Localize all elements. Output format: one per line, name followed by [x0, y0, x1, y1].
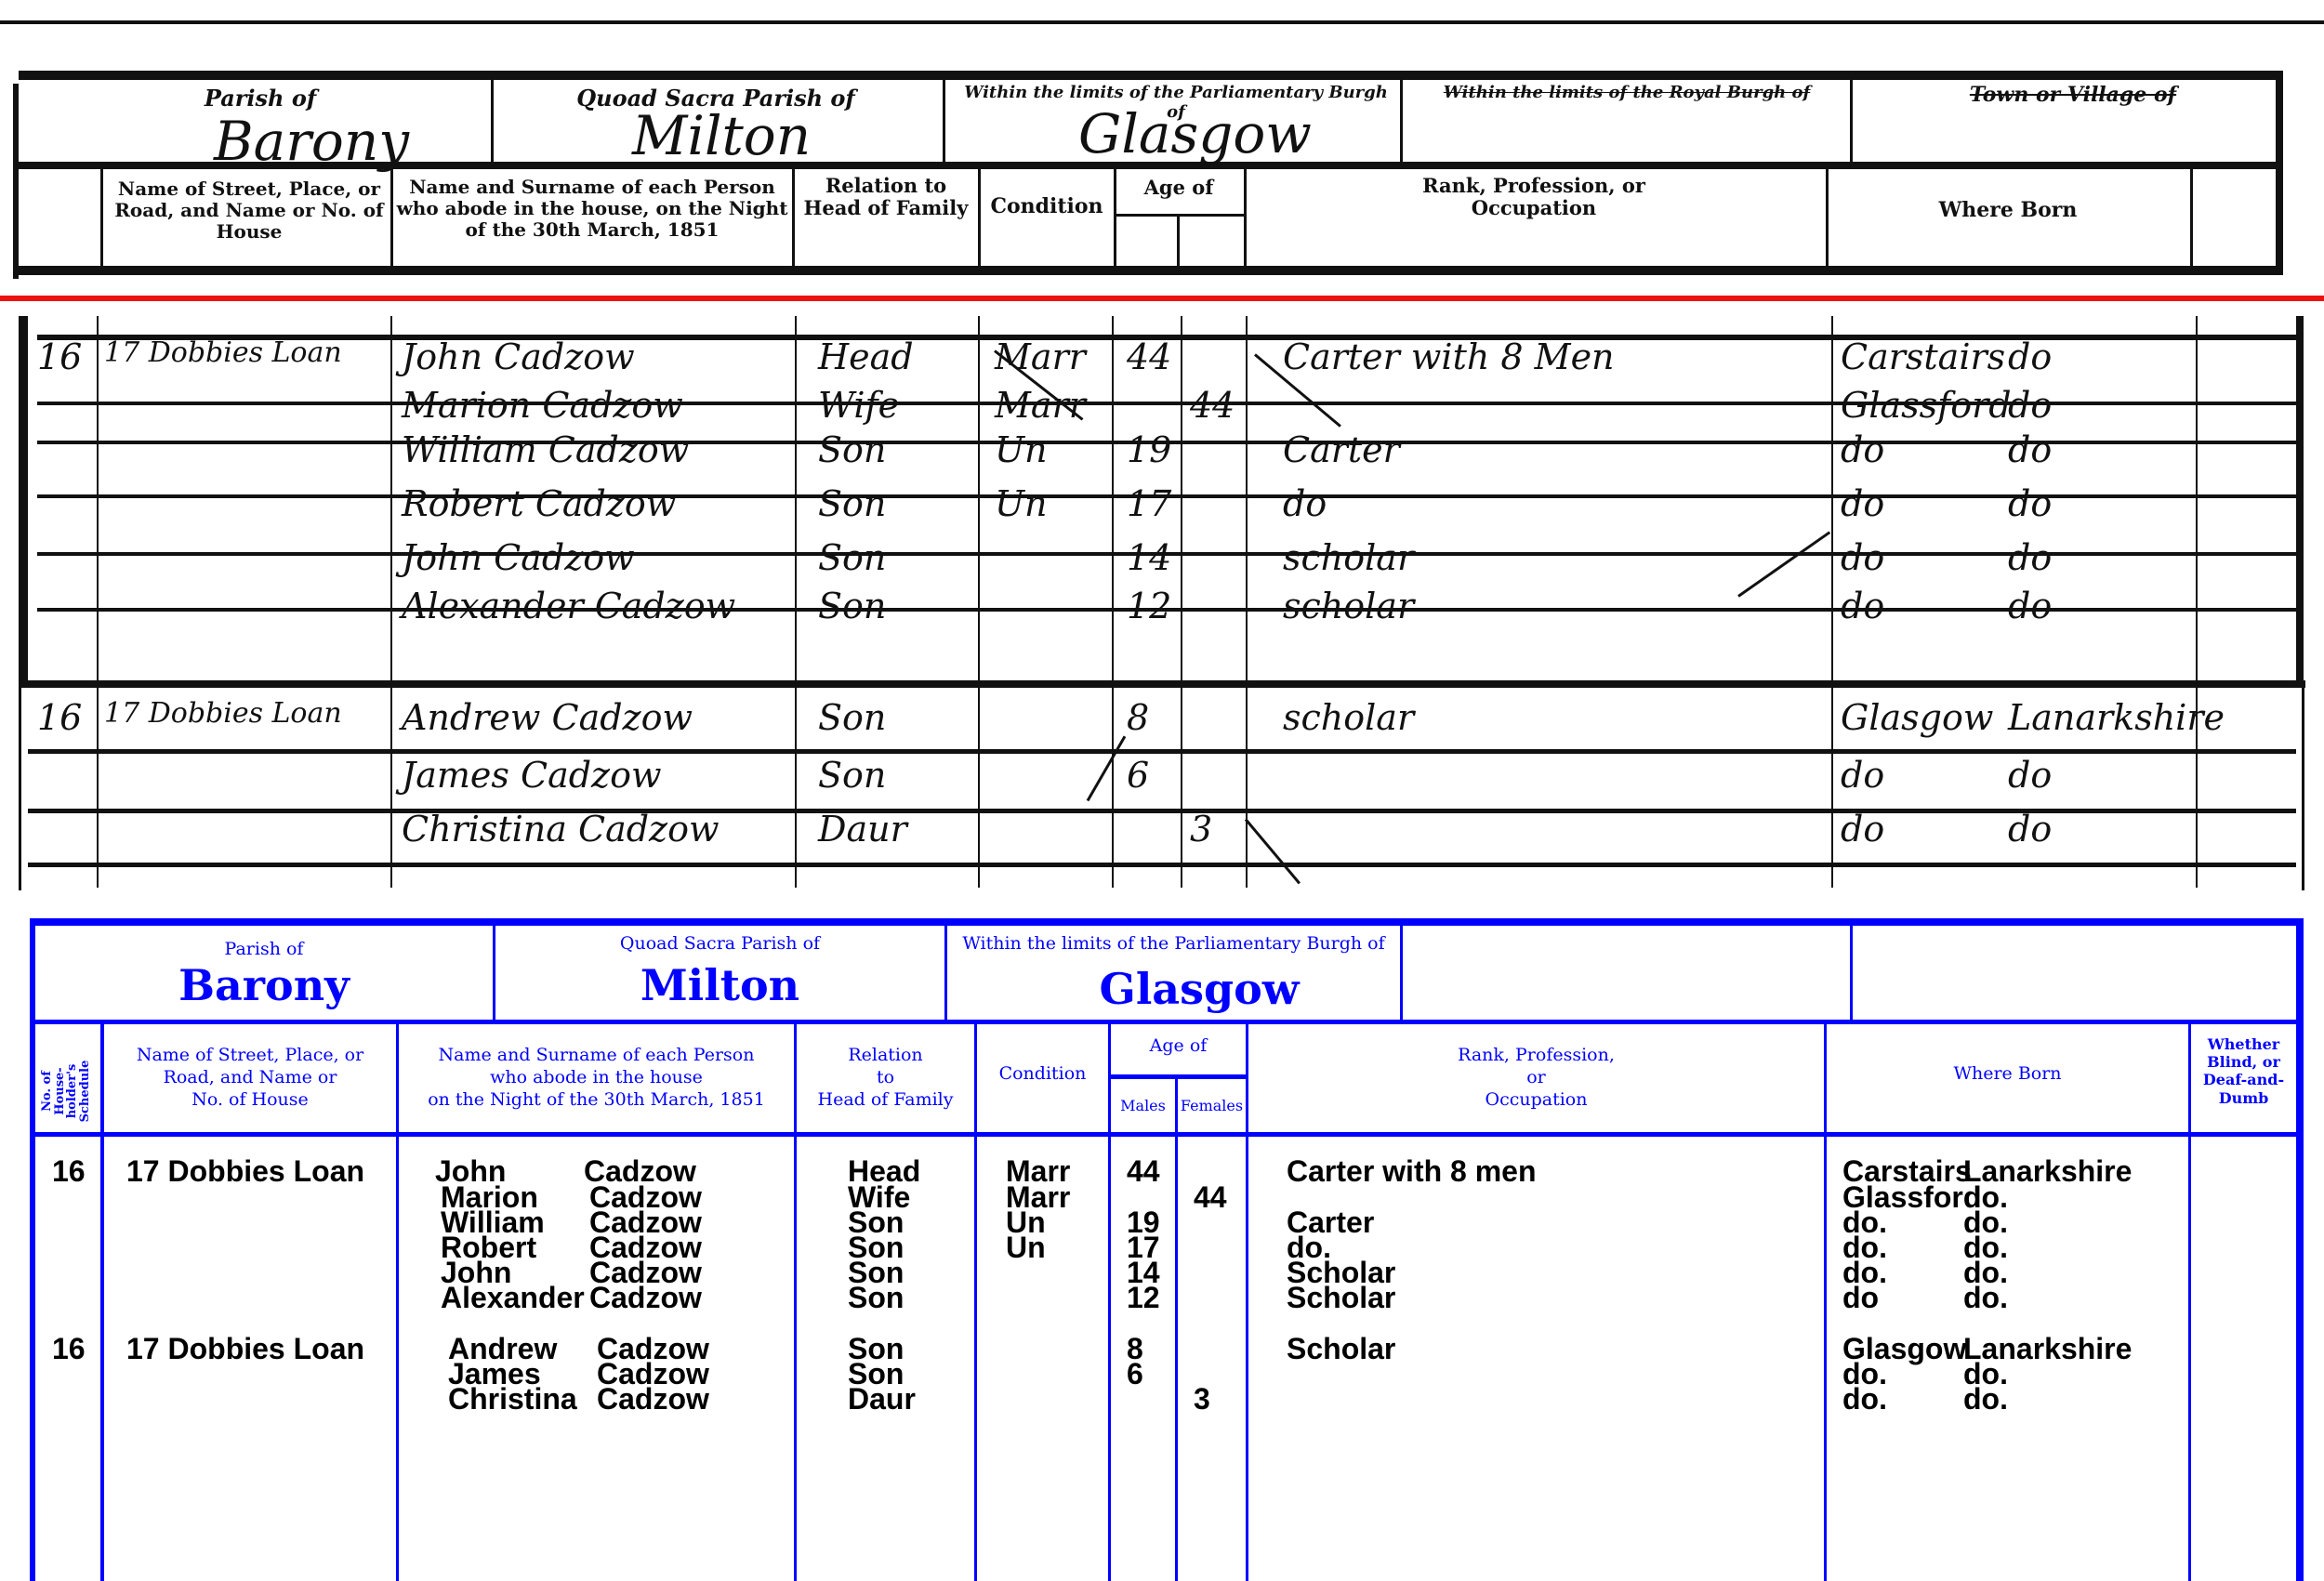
- scan-col-relation: Relation to Head of Family: [796, 175, 976, 219]
- scan-relation: Wife: [818, 385, 899, 426]
- scan-birth-place: do: [1841, 537, 1884, 578]
- tally-mark: [1737, 531, 1830, 597]
- col-males-header: Males: [1111, 1097, 1175, 1115]
- scan-name: John Cadzow: [402, 537, 635, 578]
- scan-male-age: 19: [1127, 429, 1171, 470]
- col-name-header: Name and Surname of each Person who abod…: [399, 1045, 794, 1111]
- scan-birth-place: do: [1841, 429, 1884, 470]
- scan-birth-place: Glasgow: [1841, 697, 1993, 738]
- address: 17 Dobbies Loan: [126, 1332, 364, 1366]
- scan-royal-burgh-label: Within the limits of the Royal Burgh of: [1408, 84, 1845, 103]
- scan-birth-place: do: [1841, 586, 1884, 626]
- scan-male-age: 8: [1127, 697, 1149, 738]
- transcription-table: Parish of Barony Quoad Sacra Parish of M…: [30, 918, 2304, 1581]
- scan-birth-place: Carstairs: [1841, 336, 2005, 377]
- condition: Un: [1006, 1231, 1046, 1265]
- scan-birth-county: do: [2008, 385, 2052, 426]
- scan-male-age: 14: [1127, 537, 1171, 578]
- male-age: 44: [1127, 1154, 1160, 1189]
- first-name: Christina: [448, 1382, 577, 1416]
- scan-relation: Son: [818, 429, 886, 470]
- occupation: Scholar: [1287, 1281, 1395, 1315]
- col-where-born-header: Where Born: [1827, 1063, 2188, 1086]
- scan-relation: Son: [818, 755, 886, 796]
- scan-birth-county: do: [2008, 483, 2052, 524]
- scan-relation: Son: [818, 537, 886, 578]
- scan-right-border: [2276, 71, 2283, 275]
- scan-birth-county: Lanarkshire: [2008, 697, 2225, 738]
- scan-condition: Marr: [995, 385, 1086, 426]
- scan-male-age: 12: [1127, 586, 1171, 626]
- scan-birth-county: do: [2008, 809, 2052, 850]
- scan-quoad-sacra-value: Milton: [632, 104, 811, 167]
- occupation: Carter with 8 men: [1287, 1154, 1537, 1189]
- scan-parish-value: Barony: [214, 110, 409, 173]
- surname: Cadzow: [597, 1382, 709, 1416]
- scan-parish-label: Parish of: [139, 86, 381, 112]
- scan-name: James Cadzow: [402, 755, 661, 796]
- surname: Cadzow: [589, 1281, 702, 1315]
- col-address-header: Name of Street, Place, or Road, and Name…: [104, 1045, 396, 1111]
- male-age: 12: [1127, 1281, 1160, 1315]
- scan-male-age: 44: [1127, 336, 1171, 377]
- scan-condition: Marr: [995, 336, 1086, 377]
- scan-male-age: 6: [1127, 755, 1149, 796]
- scan-relation: Head: [818, 336, 914, 377]
- parish-label: Parish of: [35, 939, 493, 961]
- parliamentary-burgh-label: Within the limits of the Parliamentary B…: [947, 933, 1400, 955]
- scan-occupation: do: [1283, 483, 1327, 524]
- schedule-number: 16: [52, 1332, 86, 1366]
- birth-county: do.: [1963, 1382, 2008, 1416]
- birth-place: do: [1842, 1281, 1879, 1315]
- parliamentary-burgh-value: Glasgow: [947, 963, 1451, 1017]
- scan-col-address: Name of Street, Place, or Road, and Name…: [110, 178, 389, 243]
- col-age-header: Age of: [1111, 1035, 1246, 1058]
- scan-col-where-born: Where Born: [1859, 199, 2157, 222]
- scan-occupation: scholar: [1283, 697, 1414, 738]
- relation: Son: [848, 1281, 904, 1315]
- scan-condition: Un: [995, 429, 1048, 470]
- scan-parliamentary-burgh-value: Glasgow: [1078, 102, 1312, 165]
- scan-birth-county: do: [2008, 755, 2052, 796]
- original-census-scan: Parish of Barony Quoad Sacra Parish of M…: [0, 0, 2324, 911]
- schedule-number: 16: [52, 1154, 86, 1189]
- parish-value: Barony: [35, 959, 493, 1013]
- scan-schedule-number: 16: [37, 697, 82, 738]
- occupation: Scholar: [1287, 1332, 1395, 1366]
- scan-condition: Un: [995, 483, 1048, 524]
- col-females-header: Females: [1178, 1097, 1246, 1115]
- scan-town-village-label: Town or Village of: [1934, 84, 2212, 107]
- scan-header-top-border: [19, 71, 2278, 80]
- scan-name: Alexander Cadzow: [402, 586, 735, 626]
- scan-occupation: scholar: [1283, 537, 1414, 578]
- scan-name: Andrew Cadzow: [402, 697, 693, 738]
- tally-mark: [1087, 735, 1127, 801]
- col-blind-header: Whether Blind, or Deaf-and- Dumb: [2191, 1035, 2296, 1107]
- scan-birth-county: do: [2008, 336, 2052, 377]
- scan-occupation: Carter: [1283, 429, 1400, 470]
- male-age: 6: [1127, 1357, 1143, 1391]
- scan-birth-county: do: [2008, 429, 2052, 470]
- female-age: 44: [1194, 1180, 1227, 1215]
- scan-occupation: scholar: [1283, 586, 1414, 626]
- first-name: Alexander: [441, 1281, 585, 1315]
- birth-place: do.: [1842, 1382, 1887, 1416]
- tally-mark: [1245, 819, 1301, 885]
- scan-address: 17 Dobbies Loan: [104, 336, 342, 369]
- scan-birth-county: do: [2008, 586, 2052, 626]
- scan-header-bottom-border: [19, 266, 2278, 275]
- address: 17 Dobbies Loan: [126, 1154, 364, 1189]
- quoad-sacra-value: Milton: [495, 959, 944, 1013]
- scan-birth-place: do: [1841, 755, 1884, 796]
- col-occupation-header: Rank, Profession, or Occupation: [1248, 1045, 1824, 1111]
- scan-name: John Cadzow: [402, 336, 635, 377]
- scan-female-age: 44: [1190, 385, 1235, 426]
- birth-county: do.: [1963, 1281, 2008, 1315]
- scan-relation: Son: [818, 586, 886, 626]
- scan-birth-county: do: [2008, 537, 2052, 578]
- section-divider: [0, 296, 2324, 301]
- scan-relation: Daur: [818, 809, 907, 850]
- scan-top-rule: [0, 20, 2324, 24]
- quoad-sacra-label: Quoad Sacra Parish of: [495, 933, 944, 955]
- col-condition-header: Condition: [977, 1063, 1108, 1086]
- col-schedule-header: No. of House- holder's Schedule: [41, 1052, 89, 1130]
- scan-relation: Son: [818, 697, 886, 738]
- scan-schedule-number: 16: [37, 336, 82, 377]
- scan-female-age: 3: [1190, 809, 1212, 850]
- scan-address: 17 Dobbies Loan: [104, 697, 342, 730]
- scan-relation: Son: [818, 483, 886, 524]
- scan-name: Robert Cadzow: [402, 483, 676, 524]
- scan-col-age: Age of: [1116, 177, 1242, 199]
- scan-occupation: Carter with 8 Men: [1283, 336, 1615, 377]
- scan-name: Christina Cadzow: [402, 809, 719, 850]
- scan-birth-place: do: [1841, 483, 1884, 524]
- scan-name: Marion Cadzow: [402, 385, 683, 426]
- scan-left-border: [13, 84, 19, 279]
- female-age: 3: [1194, 1382, 1210, 1416]
- scan-birth-place: do: [1841, 809, 1884, 850]
- scan-male-age: 17: [1127, 483, 1171, 524]
- scan-name: William Cadzow: [402, 429, 689, 470]
- scan-col-condition: Condition: [982, 195, 1112, 218]
- scan-col-name: Name and Surname of each Person who abod…: [394, 177, 790, 241]
- scan-col-occupation: Rank, Profession, or Occupation: [1394, 175, 1673, 219]
- col-relation-header: Relation to Head of Family: [797, 1045, 974, 1111]
- scan-birth-place: Glassford: [1841, 385, 2012, 426]
- relation: Daur: [848, 1382, 916, 1416]
